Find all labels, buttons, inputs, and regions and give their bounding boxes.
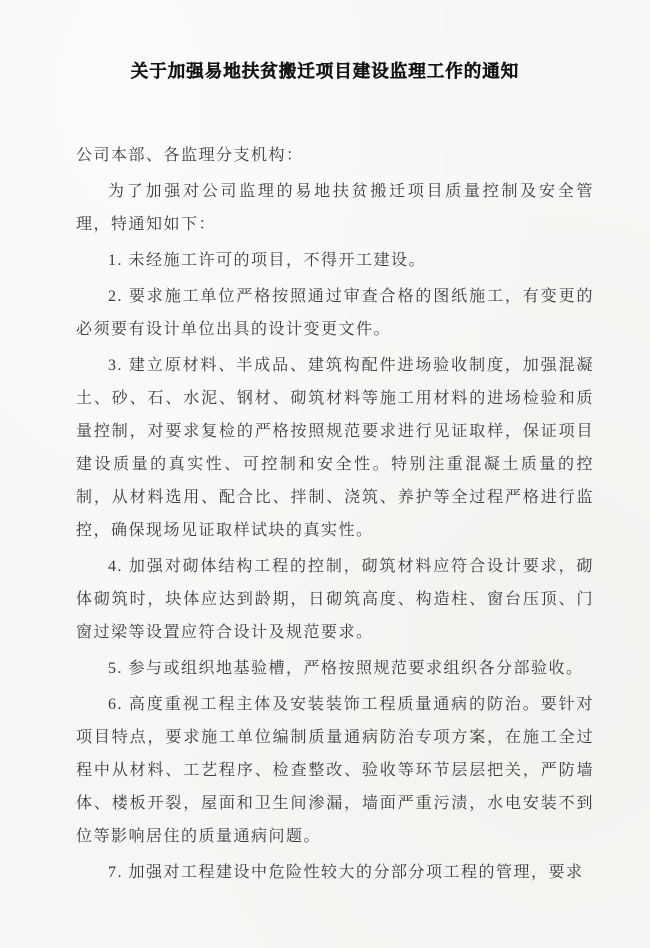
scanned-notice-page: 关于加强易地扶贫搬迁项目建设监理工作的通知 公司本部、各监理分支机构： 为了加强…: [0, 0, 650, 948]
document-title: 关于加强易地扶贫搬迁项目建设监理工作的通知: [56, 58, 594, 83]
notice-item-6: 6. 高度重视工程主体及安装装饰工程质量通病的防治。要针对项目特点，要求施工单位…: [76, 688, 594, 853]
notice-item-7: 7. 加强对工程建设中危险性较大的分部分项工程的管理，要求: [76, 856, 594, 889]
document-body: 公司本部、各监理分支机构： 为了加强对公司监理的易地扶贫搬迁项目质量控制及安全管…: [76, 139, 594, 889]
notice-item-2: 2. 要求施工单位严格按照通过审查合格的图纸施工，有变更的必须要有设计单位出具的…: [76, 280, 594, 346]
intro-paragraph: 为了加强对公司监理的易地扶贫搬迁项目质量控制及安全管理，特通知如下：: [76, 175, 594, 241]
salutation: 公司本部、各监理分支机构：: [76, 139, 594, 172]
notice-item-4: 4. 加强对砌体结构工程的控制，砌筑材料应符合设计要求，砌体砌筑时，块体应达到龄…: [76, 550, 594, 649]
notice-item-1: 1. 未经施工许可的项目，不得开工建设。: [76, 244, 594, 277]
notice-item-5: 5. 参与或组织地基验槽，严格按照规范要求组织各分部验收。: [76, 652, 594, 685]
notice-item-3: 3. 建立原材料、半成品、建筑构配件进场验收制度，加强混凝土、砂、石、水泥、钢材…: [76, 349, 594, 547]
